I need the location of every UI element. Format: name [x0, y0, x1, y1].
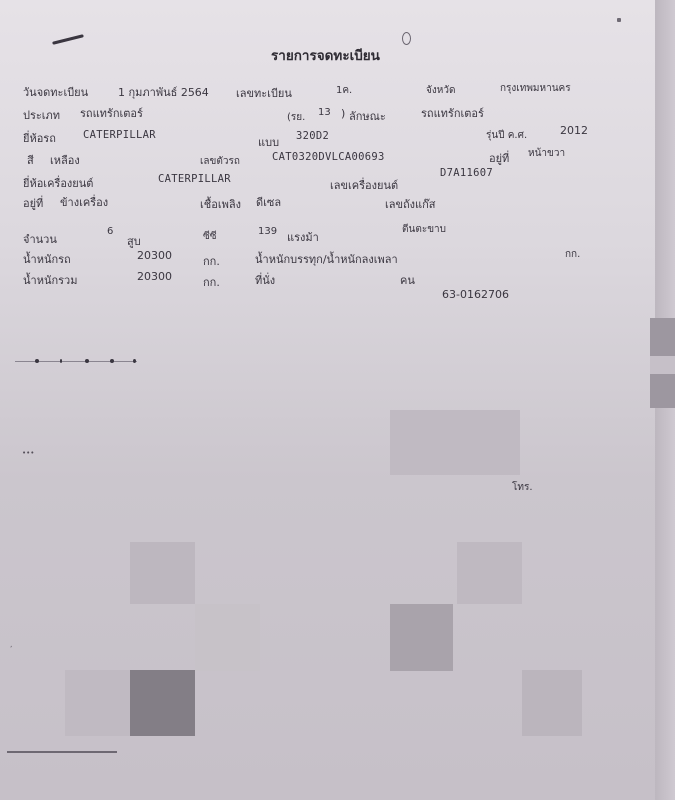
- hp-label: แรงม้า: [287, 228, 319, 246]
- fuel-value: ดีเซล: [256, 193, 281, 211]
- seats-label: ที่นั่ง: [255, 271, 275, 289]
- pen-mark-circle: [402, 32, 411, 45]
- weight-value: 20300: [137, 249, 172, 262]
- load-label: น้ำหนักบรรทุก/น้ำหนักลงเพลา: [255, 250, 398, 268]
- brand-label: ยี่ห้อรถ: [23, 129, 56, 147]
- year-value: 2012: [560, 124, 588, 137]
- ry-value: 13: [318, 107, 331, 118]
- gross-label: น้ำหนักรวม: [23, 271, 77, 289]
- doc-number: 63-0162706: [442, 288, 509, 301]
- province-label: จังหวัด: [426, 83, 455, 98]
- engine-brand-label: ยี่ห้อเครื่องยนต์: [23, 174, 93, 192]
- cc-label: ซีซี: [203, 229, 217, 244]
- engine-loc-value: ข้างเครื่อง: [60, 193, 108, 211]
- chassis-loc-value: หน้าขวา: [528, 146, 565, 161]
- province-value: กรุงเทพมหานคร: [500, 81, 571, 96]
- phone-label: โทร.: [512, 480, 533, 495]
- chassis-label: เลขตัวรถ: [200, 154, 240, 169]
- color-label: สี: [27, 151, 34, 169]
- chassis-loc-label: อยู่ที่: [489, 149, 509, 167]
- edge-mark-gap: [650, 356, 675, 374]
- document-title: รายการจดทะเบียน: [271, 44, 380, 66]
- gross-value: 20300: [137, 270, 172, 283]
- dot-mark: [617, 18, 621, 22]
- blurred-text-fragment: •••: [22, 449, 34, 457]
- axle-value: ตีนตะขาบ: [402, 222, 446, 237]
- ry-close: ): [341, 107, 345, 120]
- chassis-value: CAT0320DVLCA00693: [272, 151, 385, 163]
- ry-label: (รย.: [287, 110, 305, 125]
- dotted-line: [15, 361, 137, 362]
- type-value: รถแทรักเตอร์: [80, 104, 143, 122]
- cylinders-label: จำนวน: [23, 230, 57, 248]
- model-label: แบบ: [258, 133, 279, 151]
- type-label: ประเภท: [23, 106, 60, 124]
- engine-no-label: เลขเครื่องยนต์: [330, 176, 398, 194]
- hp-value: 139: [258, 226, 277, 237]
- engine-loc-label: อยู่ที่: [23, 194, 43, 212]
- fuel-label: เชื้อเพลิง: [200, 195, 241, 213]
- style-value: รถแทรักเตอร์: [421, 104, 484, 122]
- gross-unit: กก.: [203, 273, 220, 291]
- weight-label: น้ำหนักรถ: [23, 250, 71, 268]
- plate-label: เลขทะเบียน: [236, 84, 292, 102]
- year-label: รุ่นปี ค.ศ.: [486, 128, 527, 143]
- engine-no-value: D7A11607: [440, 167, 493, 179]
- load-unit: กก.: [565, 247, 580, 262]
- seats-unit: คน: [400, 271, 415, 289]
- blurred-text-fragment-2: ʼ: [10, 645, 12, 653]
- cylinders-value: 6: [107, 226, 113, 237]
- signature-line: [7, 751, 117, 753]
- cylinders-unit: สูบ: [127, 232, 141, 250]
- weight-unit: กก.: [203, 252, 220, 270]
- model-value: 320D2: [296, 130, 329, 142]
- plate-value: 1ค.: [336, 83, 352, 98]
- style-label: ลักษณะ: [349, 107, 386, 125]
- brand-value: CATERPILLAR: [83, 129, 156, 141]
- reg-date-value: 1 กุมภาพันธ์ 2564: [118, 83, 209, 101]
- reg-date-label: วันจดทะเบียน: [23, 83, 88, 101]
- color-value: เหลือง: [50, 151, 80, 169]
- engine-brand-value: CATERPILLAR: [158, 173, 231, 185]
- gas-tank-label: เลขถังแก๊ส: [385, 195, 436, 213]
